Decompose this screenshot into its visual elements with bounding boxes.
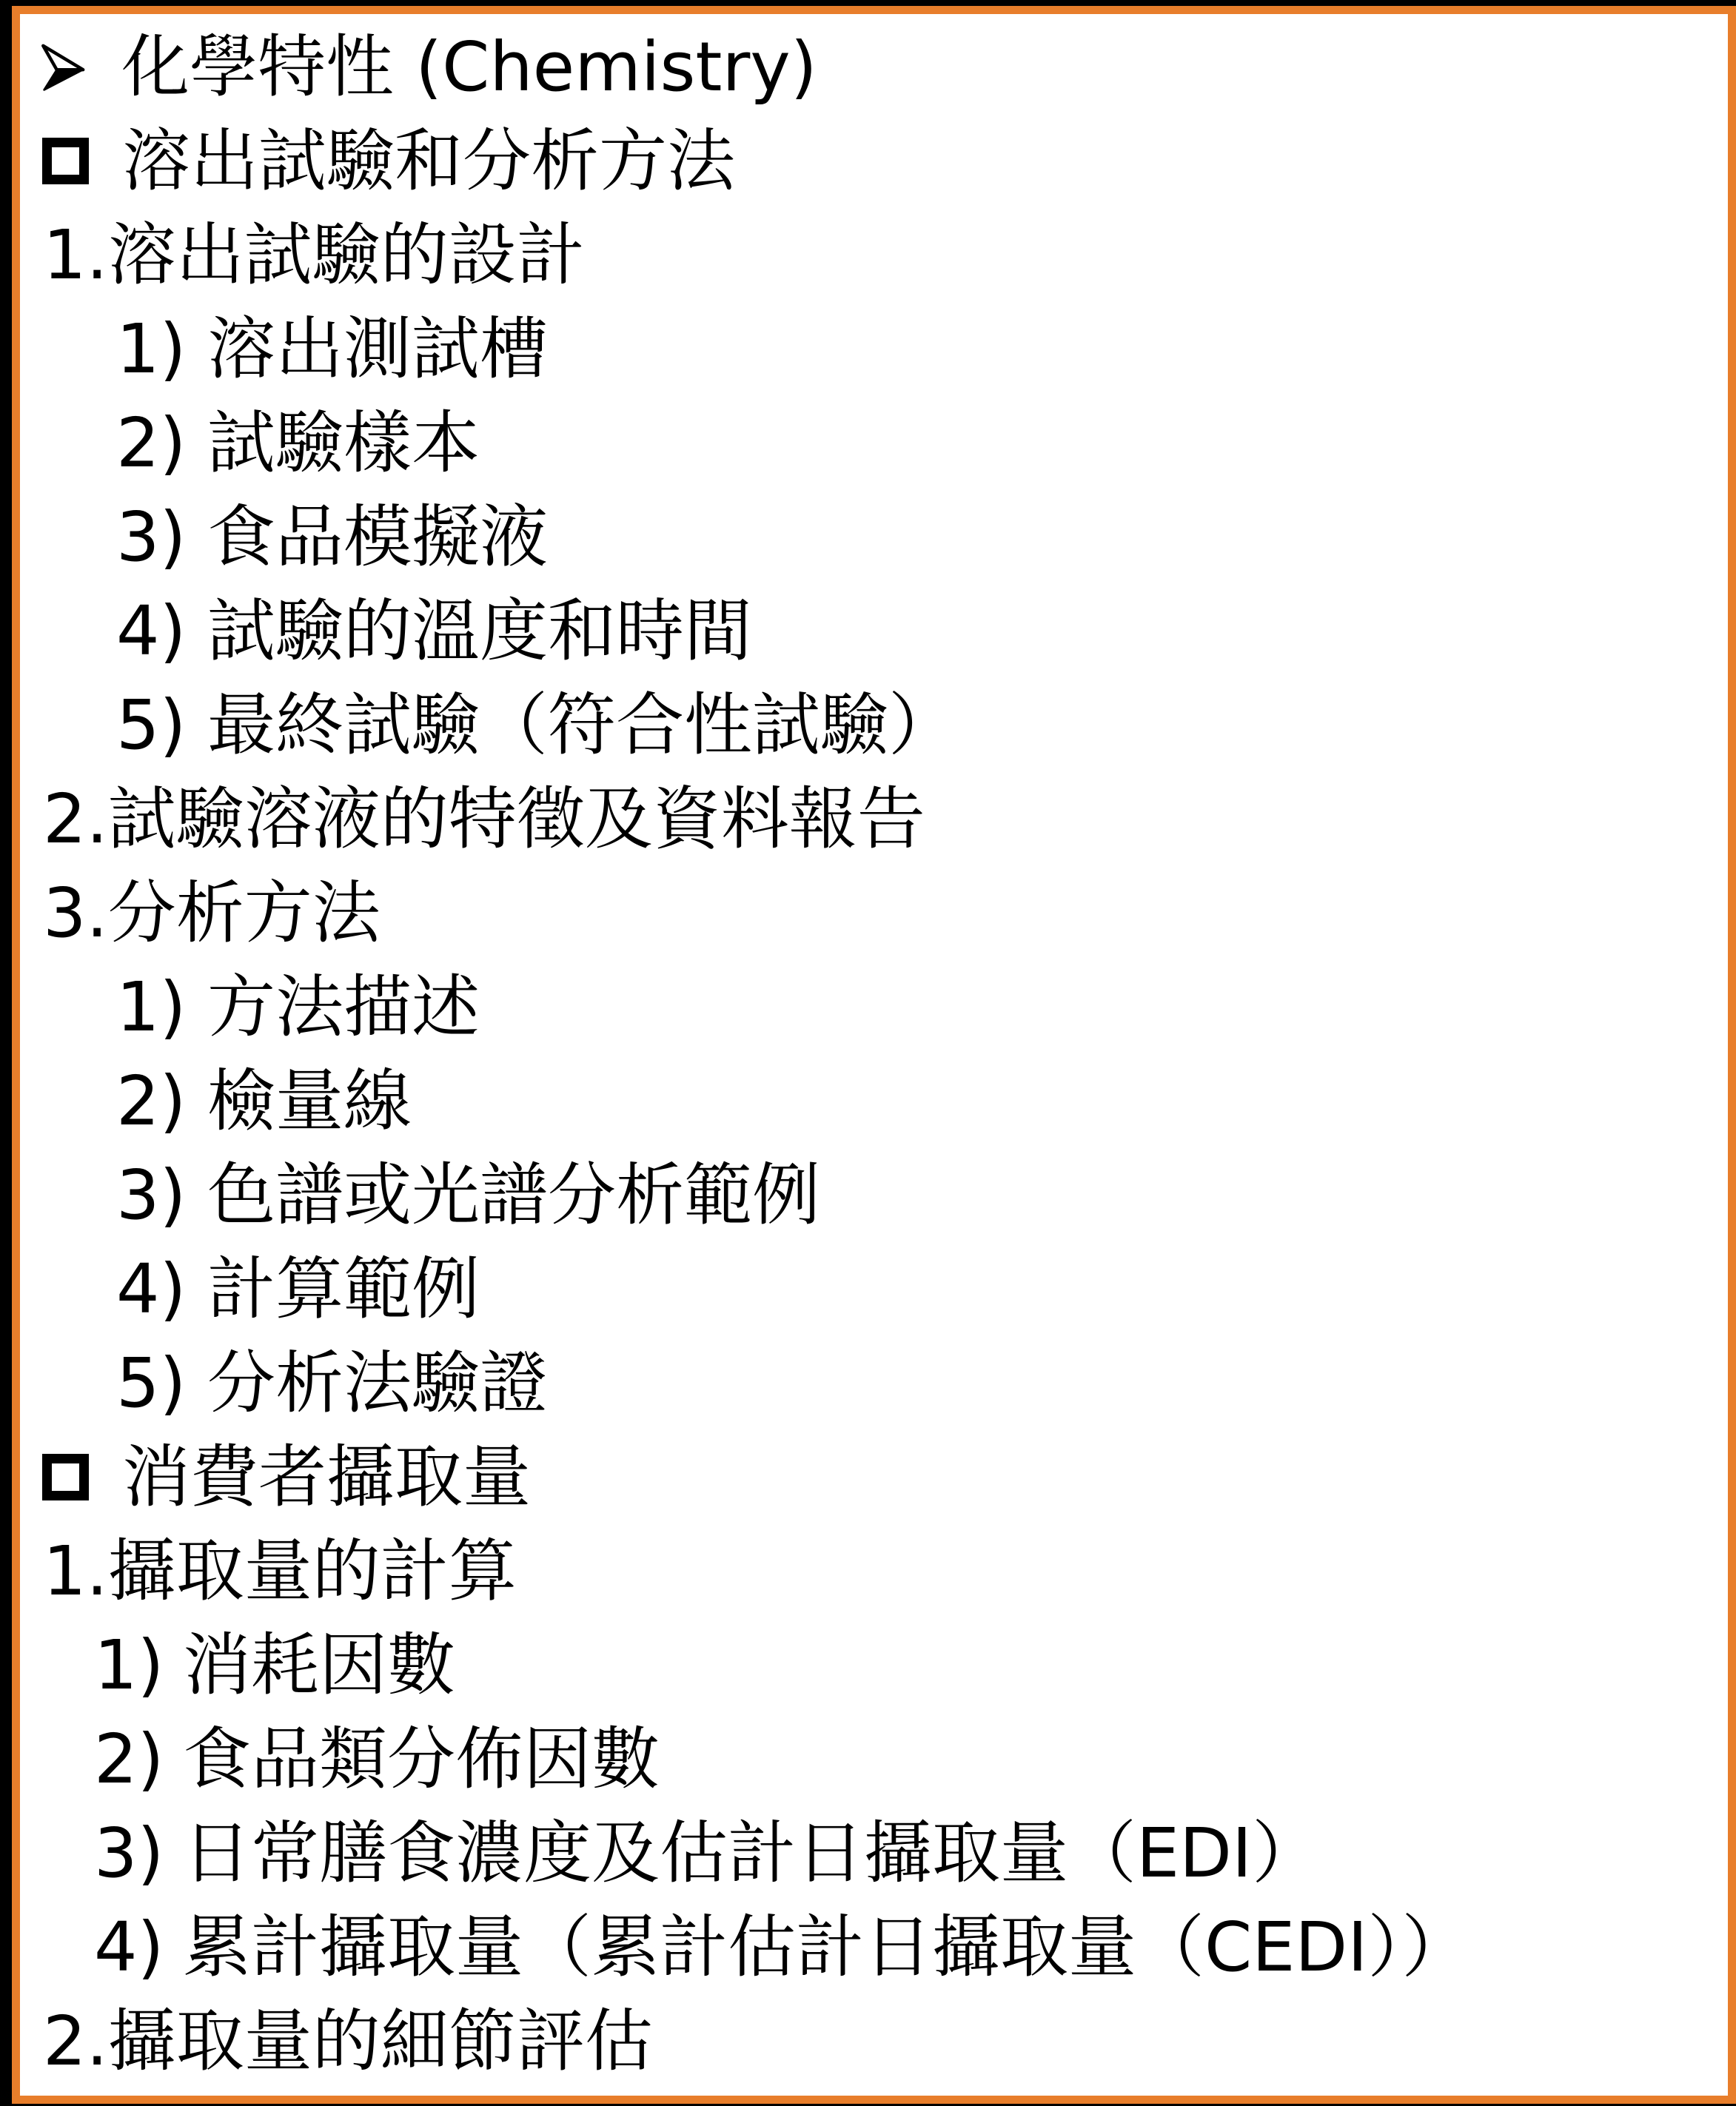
line-text: 食品模擬液 (207, 503, 548, 571)
outline-line: 2. 攝取量的細節評估 (20, 1994, 1728, 2088)
line-text: 試驗樣本 (207, 409, 480, 477)
list-marker: 1. (43, 1537, 108, 1606)
line-text: 試驗的溫度和時間 (207, 597, 752, 665)
list-marker: 2) (94, 1726, 183, 1794)
outline-line: 4) 計算範例 (20, 1242, 1728, 1336)
outline-line: 2. 試驗溶液的特徵及資料報告 (20, 772, 1728, 866)
square-bullet-icon (42, 138, 89, 184)
list-marker: 5) (116, 1349, 207, 1418)
list-marker: 3. (43, 879, 108, 948)
line-text: 化學特性 (Chemistry) (121, 33, 817, 101)
outline-line: 1) 方法描述 (20, 960, 1728, 1054)
square-bullet-icon (42, 1454, 89, 1500)
list-marker: 2. (43, 785, 108, 854)
line-text: 分析法驗證 (207, 1349, 548, 1418)
outline-line: 1) 消耗因數 (20, 1618, 1728, 1712)
line-text: 溶出試驗和分析方法 (122, 127, 735, 195)
list-marker: 4) (116, 597, 207, 665)
outline-line: 3. 分析方法 (20, 866, 1728, 960)
list-marker: 2) (116, 1067, 207, 1136)
outline-line: 2) 試驗樣本 (20, 396, 1728, 490)
outline-line: 1. 溶出試驗的設計 (20, 208, 1728, 302)
outline-line: 5) 分析法驗證 (20, 1336, 1728, 1430)
list-marker: 3) (94, 1820, 183, 1888)
list-marker: 1. (43, 221, 108, 289)
arrow-bullet-icon (37, 43, 86, 92)
list-marker: 2. (43, 2008, 108, 2076)
outline-line: 1. 攝取量的計算 (20, 1524, 1728, 1618)
slide-content: 化學特性 (Chemistry) 溶出試驗和分析方法 1. 溶出試驗的設計 1)… (20, 14, 1728, 2096)
list-marker: 4) (94, 1914, 183, 1982)
line-text: 食品類分佈因數 (183, 1726, 660, 1794)
line-text: 檢量線 (207, 1067, 412, 1136)
list-marker: 3) (116, 503, 207, 571)
line-text: 色譜或光譜分析範例 (207, 1161, 820, 1230)
list-marker: 3) (116, 1161, 207, 1230)
page-background: { "slide": { "accent_color": "#E87E2B", … (0, 0, 1736, 2106)
outline-line: 2) 檢量線 (20, 1054, 1728, 1148)
line-text: 最終試驗（符合性試驗） (207, 691, 956, 759)
line-text: 溶出測試槽 (207, 315, 548, 383)
line-text: 分析方法 (108, 879, 381, 948)
outline-line: 3) 日常膳食濃度及估計日攝取量（EDI） (20, 1806, 1728, 1900)
line-text: 溶出試驗的設計 (108, 221, 585, 289)
outline-line: 3) 食品模擬液 (20, 490, 1728, 584)
list-marker: 1) (116, 315, 207, 383)
slide: 化學特性 (Chemistry) 溶出試驗和分析方法 1. 溶出試驗的設計 1)… (12, 6, 1736, 2104)
line-text: 計算範例 (207, 1255, 480, 1324)
outline-line: 4) 累計攝取量（累計估計日攝取量（CEDI）） (20, 1900, 1728, 1994)
line-text: 方法描述 (207, 973, 480, 1042)
list-marker: 5) (116, 691, 207, 759)
list-marker: 1) (116, 973, 207, 1042)
outline-line-section: 溶出試驗和分析方法 (20, 114, 1728, 208)
line-text: 日常膳食濃度及估計日攝取量（EDI） (183, 1820, 1320, 1888)
line-text: 消費者攝取量 (122, 1443, 531, 1512)
outline-line: 5) 最終試驗（符合性試驗） (20, 678, 1728, 772)
outline-line: 4) 試驗的溫度和時間 (20, 584, 1728, 678)
outline-line: 1) 溶出測試槽 (20, 302, 1728, 396)
line-text: 累計攝取量（累計估計日攝取量（CEDI）） (183, 1914, 1469, 1982)
line-text: 攝取量的計算 (108, 1537, 517, 1606)
list-marker: 4) (116, 1255, 207, 1324)
line-text: 攝取量的細節評估 (108, 2008, 653, 2076)
outline-line-title: 化學特性 (Chemistry) (20, 20, 1728, 114)
outline-line-section: 消費者攝取量 (20, 1430, 1728, 1524)
outline-line: 2) 食品類分佈因數 (20, 1712, 1728, 1806)
line-text: 消耗因數 (183, 1632, 455, 1700)
outline-line: 3) 色譜或光譜分析範例 (20, 1148, 1728, 1242)
list-marker: 1) (94, 1632, 183, 1700)
list-marker: 2) (116, 409, 207, 477)
line-text: 試驗溶液的特徵及資料報告 (108, 785, 925, 854)
